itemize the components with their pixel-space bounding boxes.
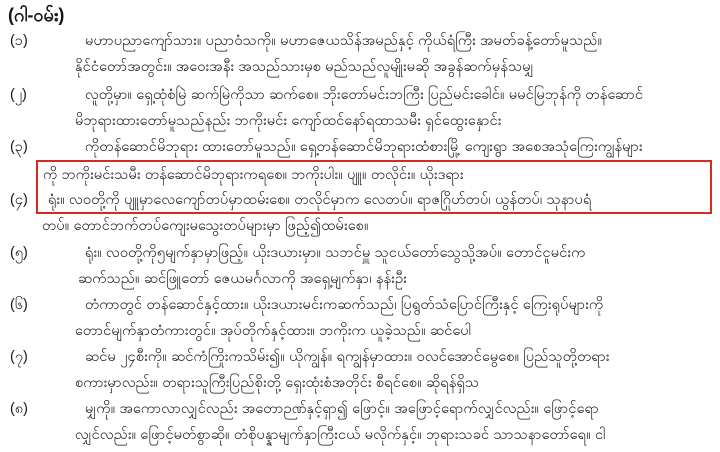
- item-number: (၈): [10, 400, 28, 421]
- document-page: (ဂါ-ဝမ်း) (၁) မဟာပညာကျော်သား။ ပညာဝံသကို။…: [0, 0, 720, 452]
- item-line: ဆင်မ ၂၄စီးကို။ ဆင်ကံကြိုးကသိမ်း၍။ ယိုကျွ…: [85, 348, 610, 369]
- item-line: တောင်မျက်နှာတံကားတွင်။ အုပ်တိုက်နှင့်ထား…: [75, 322, 471, 343]
- item-line: တံကာတွင် တန်ဆောင်နှင့်ထား။ ယိုးဒယားမင်းက…: [85, 296, 603, 317]
- item-number: (၂): [10, 86, 27, 107]
- item-line: လူတို့မှာ။ ရှေ့ထုံစံမြဲ ဆက်မြဲကိုသာ ဆက်စ…: [85, 86, 643, 107]
- item-line: ကို ဘကိုးမင်းသမီး တန်ဆောင်မိဘုရားကရစေ။ ဘ…: [43, 166, 464, 187]
- item-line: မိဘုရားထားတော်မူသည်နည်း ဘကိုးမင်း ကျော်ထ…: [75, 112, 502, 133]
- page-heading: (ဂါ-ဝမ်း): [8, 3, 64, 30]
- item-number: (၆): [10, 296, 28, 317]
- item-line: လျှင်လည်း။ ဖြောင့်မတ်စွာဆို။ တံစိုပန္နာမ…: [75, 426, 606, 447]
- item-number: (၃): [10, 138, 28, 159]
- item-line: ကိုတန်ဆောင်မိဘုရား ထားတော်မူသည်။ ရှေ့တန်…: [85, 138, 643, 159]
- item-line: တပ်။ တောင်ဘက်တပ်ကျေးမသွေးတပ်များမှာ ဖြည့…: [42, 217, 369, 238]
- item-line: ရုံး။ လဝတို့ကို ပျူမှာလေကျော်တပ်မှာထမ်းစ…: [48, 191, 592, 212]
- item-line: ဆက်သည်။ ဆင်ဖြူတော် ဇေယမင်္ဂလာကို အရှေ့မျ…: [78, 270, 407, 291]
- item-number: (၄): [10, 191, 28, 212]
- item-line: မဟာပညာကျော်သား။ ပညာဝံသကို။ မဟာဇေယသိန်အမည…: [85, 32, 602, 53]
- item-line: ရုံး။ လဝတို့ကို၅မျက်နှာမှာဖြည့်။ ယိုးဒယာ…: [85, 244, 586, 265]
- item-line: မျှကို။ အကောလာလျှင်လည်း အတောဉဏ်နှင့်ရှာ၍…: [85, 400, 599, 421]
- item-number: (၁): [10, 32, 28, 53]
- item-number: (၅): [10, 244, 28, 265]
- item-line: နိုင်ငံတော်အတွင်း။ အဝေးအနီး အသည်သားမှစ မ…: [75, 58, 534, 79]
- item-line: စကားမှာလည်း။ တရားသူကြီးပြည်စိုးတို့ ရှေး…: [75, 374, 479, 395]
- item-number: (၇): [10, 348, 28, 369]
